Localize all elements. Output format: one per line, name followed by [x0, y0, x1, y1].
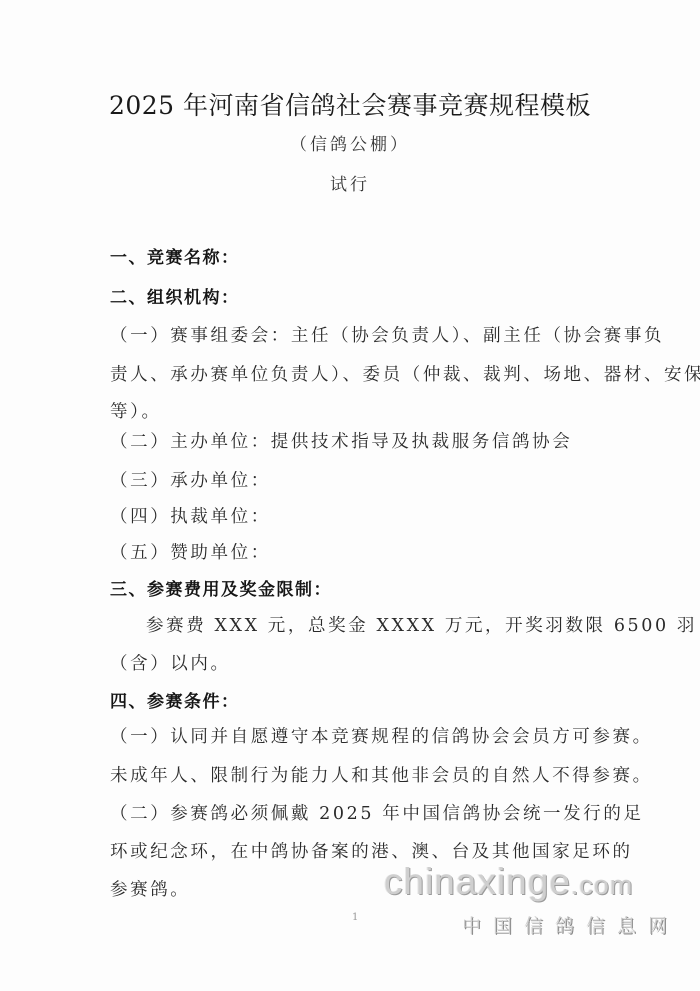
eligibility-item-1-line-2: 未成年人、限制行为能力人和其他非会员的自然人不得参赛。	[110, 762, 653, 787]
document-status: 试行	[0, 170, 700, 195]
eligibility-item-2-line-2: 环或纪念环，在中鸽协备案的港、澳、台及其他国家足环的	[110, 838, 633, 863]
org-host-unit: （二）主办单位：提供技术指导及执裁服务信鸽协会	[110, 428, 572, 453]
org-referee-unit: （四）执裁单位：	[110, 503, 271, 528]
org-committee-line-3: 等）。	[110, 398, 162, 423]
section-heading-organization: 二、组织机构：	[110, 283, 240, 308]
page-number: 1	[352, 912, 358, 923]
org-sponsor-unit: （五）赞助单位：	[110, 539, 271, 564]
watermark-site-name: 中国信鸽信息网	[462, 911, 654, 938]
fees-paragraph-line-2: （含）以内。	[110, 650, 231, 675]
org-organizer-unit: （三）承办单位：	[110, 467, 271, 492]
org-committee-line-2: 责人、承办赛单位负责人）、委员（仲裁、裁判、场地、器材、安保	[110, 361, 700, 386]
section-heading-eligibility: 四、参赛条件：	[110, 687, 240, 712]
eligibility-item-1-line-1: （一）认同并自愿遵守本竞赛规程的信鸽协会会员方可参赛。	[110, 723, 653, 748]
org-committee-line-1: （一）赛事组委会：主任（协会负责人）、副主任（协会赛事负	[110, 322, 664, 347]
eligibility-item-2-line-1: （二）参赛鸽必须佩戴 2025 年中国信鸽协会统一发行的足	[110, 800, 644, 825]
watermark-domain-main: chinaxinge	[384, 861, 571, 902]
eligibility-item-2-line-3: 参赛鸽。	[110, 876, 190, 901]
section-heading-competition-name: 一、竞赛名称：	[110, 243, 240, 268]
document-page: 2025 年河南省信鸽社会赛事竞赛规程模板 （信鸽公棚） 试行 一、竞赛名称： …	[0, 0, 700, 991]
watermark-domain-tld: .com	[571, 870, 634, 900]
site-watermark: chinaxinge.com 中国信鸽信息网	[384, 862, 654, 938]
document-title: 2025 年河南省信鸽社会赛事竞赛规程模板	[0, 86, 700, 122]
section-heading-fees: 三、参赛费用及奖金限制：	[110, 575, 332, 600]
document-subtitle: （信鸽公棚）	[0, 130, 700, 155]
fees-paragraph-line-1: 参赛费 XXX 元，总奖金 XXXX 万元，开奖羽数限 6500 羽	[146, 612, 697, 637]
watermark-domain: chinaxinge.com	[384, 862, 654, 905]
